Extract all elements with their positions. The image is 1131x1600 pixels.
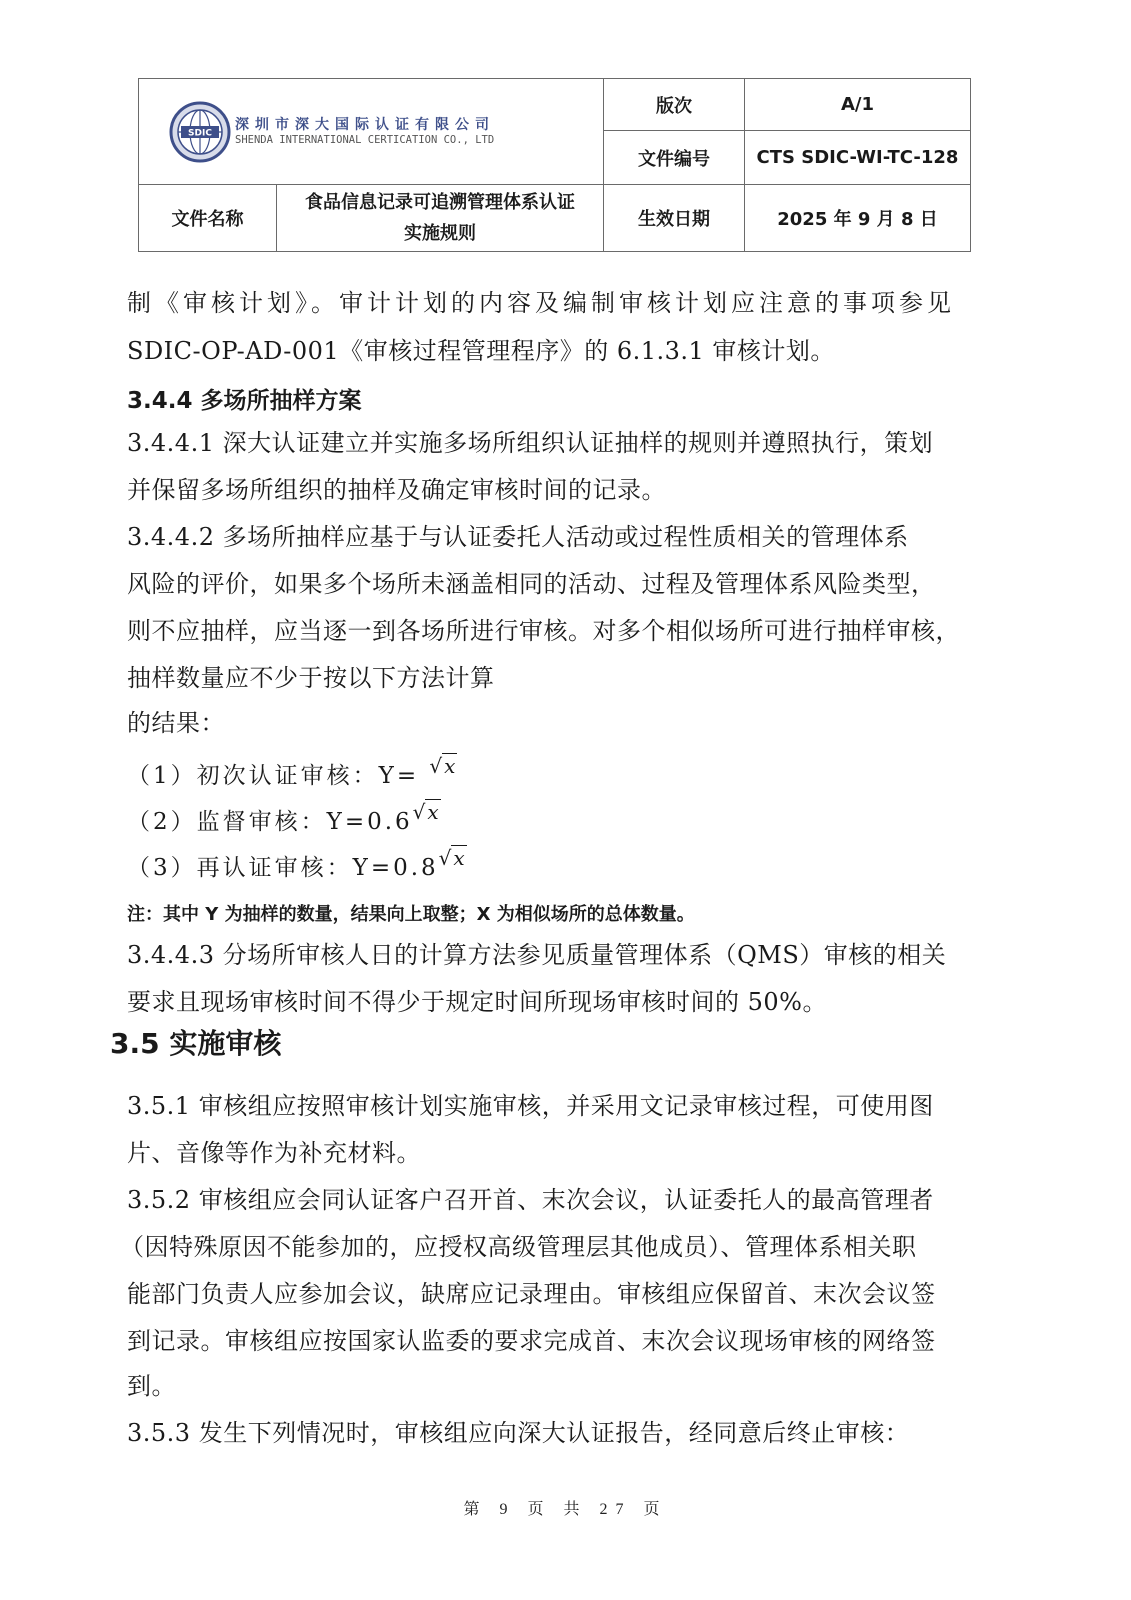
- paragraph-line: 3.4.4.1 深大认证建立并实施多场所组织认证抽样的规则并遵照执行，策划: [127, 420, 933, 466]
- effective-date-label: 生效日期: [604, 185, 745, 252]
- svg-text:SDIC: SDIC: [188, 128, 212, 138]
- doc-name-label: 文件名称: [139, 185, 277, 252]
- formula-initial-audit: （1）初次认证审核：Y= √x: [127, 757, 457, 790]
- formula-recertification-audit: （3）再认证审核：Y=0.8√x: [127, 849, 467, 882]
- version-label: 版次: [604, 79, 745, 131]
- paragraph-line: 到。: [127, 1363, 176, 1409]
- page-number: 第 9 页 共 27 页: [0, 1496, 1131, 1519]
- paragraph-line: 3.5.3 发生下列情况时，审核组应向深大认证报告，经同意后终止审核：: [127, 1410, 909, 1456]
- effective-date-value: 2025 年 9 月 8 日: [745, 185, 971, 252]
- paragraph-line: 3.5.1 审核组应按照审核计划实施审核，并采用文记录审核过程，可使用图: [127, 1083, 934, 1129]
- paragraph-line: 制《审核计划》。审计计划的内容及编制审核计划应注意的事项参见: [127, 280, 955, 326]
- paragraph-line: 3.5.2 审核组应会同认证客户召开首、末次会议，认证委托人的最高管理者: [127, 1177, 934, 1223]
- document-header-table: SDIC 深圳市深大国际认证有限公司 SHENDA INTERNATIONAL …: [138, 78, 971, 252]
- paragraph-line: 片、音像等作为补充材料。: [127, 1130, 421, 1176]
- sqrt-x-icon: √x: [439, 846, 467, 870]
- formula-surveillance-audit: （2）监督审核：Y=0.6√x: [127, 803, 441, 836]
- paragraph-line: 要求且现场审核时间不得少于规定时间所现场审核时间的 50%。: [127, 979, 827, 1025]
- sqrt-x-icon: √x: [413, 800, 441, 824]
- paragraph-line: 能部门负责人应参加会议，缺席应记录理由。审核组应保留首、末次会议签: [127, 1271, 936, 1317]
- paragraph-line: （因特殊原因不能参加的，应授权高级管理层其他成员）、管理体系相关职: [120, 1224, 917, 1270]
- company-name-en: SHENDA INTERNATIONAL CERTICATION CO., LT…: [235, 134, 495, 147]
- section-heading-3-5: 3.5 实施审核: [110, 1022, 281, 1062]
- paragraph-line: 并保留多场所组织的抽样及确定审核时间的记录。: [127, 467, 666, 513]
- doc-number-label: 文件编号: [604, 131, 745, 185]
- version-value: A/1: [745, 79, 971, 131]
- paragraph-line: SDIC-OP-AD-001《审核过程管理程序》的 6.1.3.1 审核计划。: [127, 328, 835, 374]
- sqrt-x-icon: √x: [429, 754, 457, 778]
- formula-note: 注：其中 Y 为抽样的数量，结果向上取整；X 为相似场所的总体数量。: [127, 900, 695, 926]
- paragraph-line: 风险的评价，如果多个场所未涵盖相同的活动、过程及管理体系风险类型，: [127, 561, 936, 607]
- doc-name-value: 食品信息记录可追溯管理体系认证 实施规则: [277, 185, 604, 252]
- paragraph-line: 到记录。审核组应按国家认监委的要求完成首、末次会议现场审核的网络签: [127, 1318, 936, 1364]
- company-logo-cell: SDIC 深圳市深大国际认证有限公司 SHENDA INTERNATIONAL …: [139, 79, 604, 185]
- paragraph-line: 3.4.4.3 分场所审核人日的计算方法参见质量管理体系（QMS）审核的相关: [127, 932, 946, 978]
- company-name-cn: 深圳市深大国际认证有限公司: [235, 117, 495, 134]
- section-heading-3-4-4: 3.4.4 多场所抽样方案: [127, 382, 362, 415]
- paragraph-line: 3.4.4.2 多场所抽样应基于与认证委托人活动或过程性质相关的管理体系: [127, 514, 909, 560]
- paragraph-line: 抽样数量应不少于按以下方法计算: [127, 655, 495, 701]
- paragraph-line: 的结果：: [127, 700, 225, 746]
- doc-number-value: CTS SDIC-WI-TC-128: [745, 131, 971, 185]
- sdic-logo-icon: SDIC: [169, 101, 231, 163]
- paragraph-line: 则不应抽样，应当逐一到各场所进行审核。对多个相似场所可进行抽样审核，: [127, 608, 960, 654]
